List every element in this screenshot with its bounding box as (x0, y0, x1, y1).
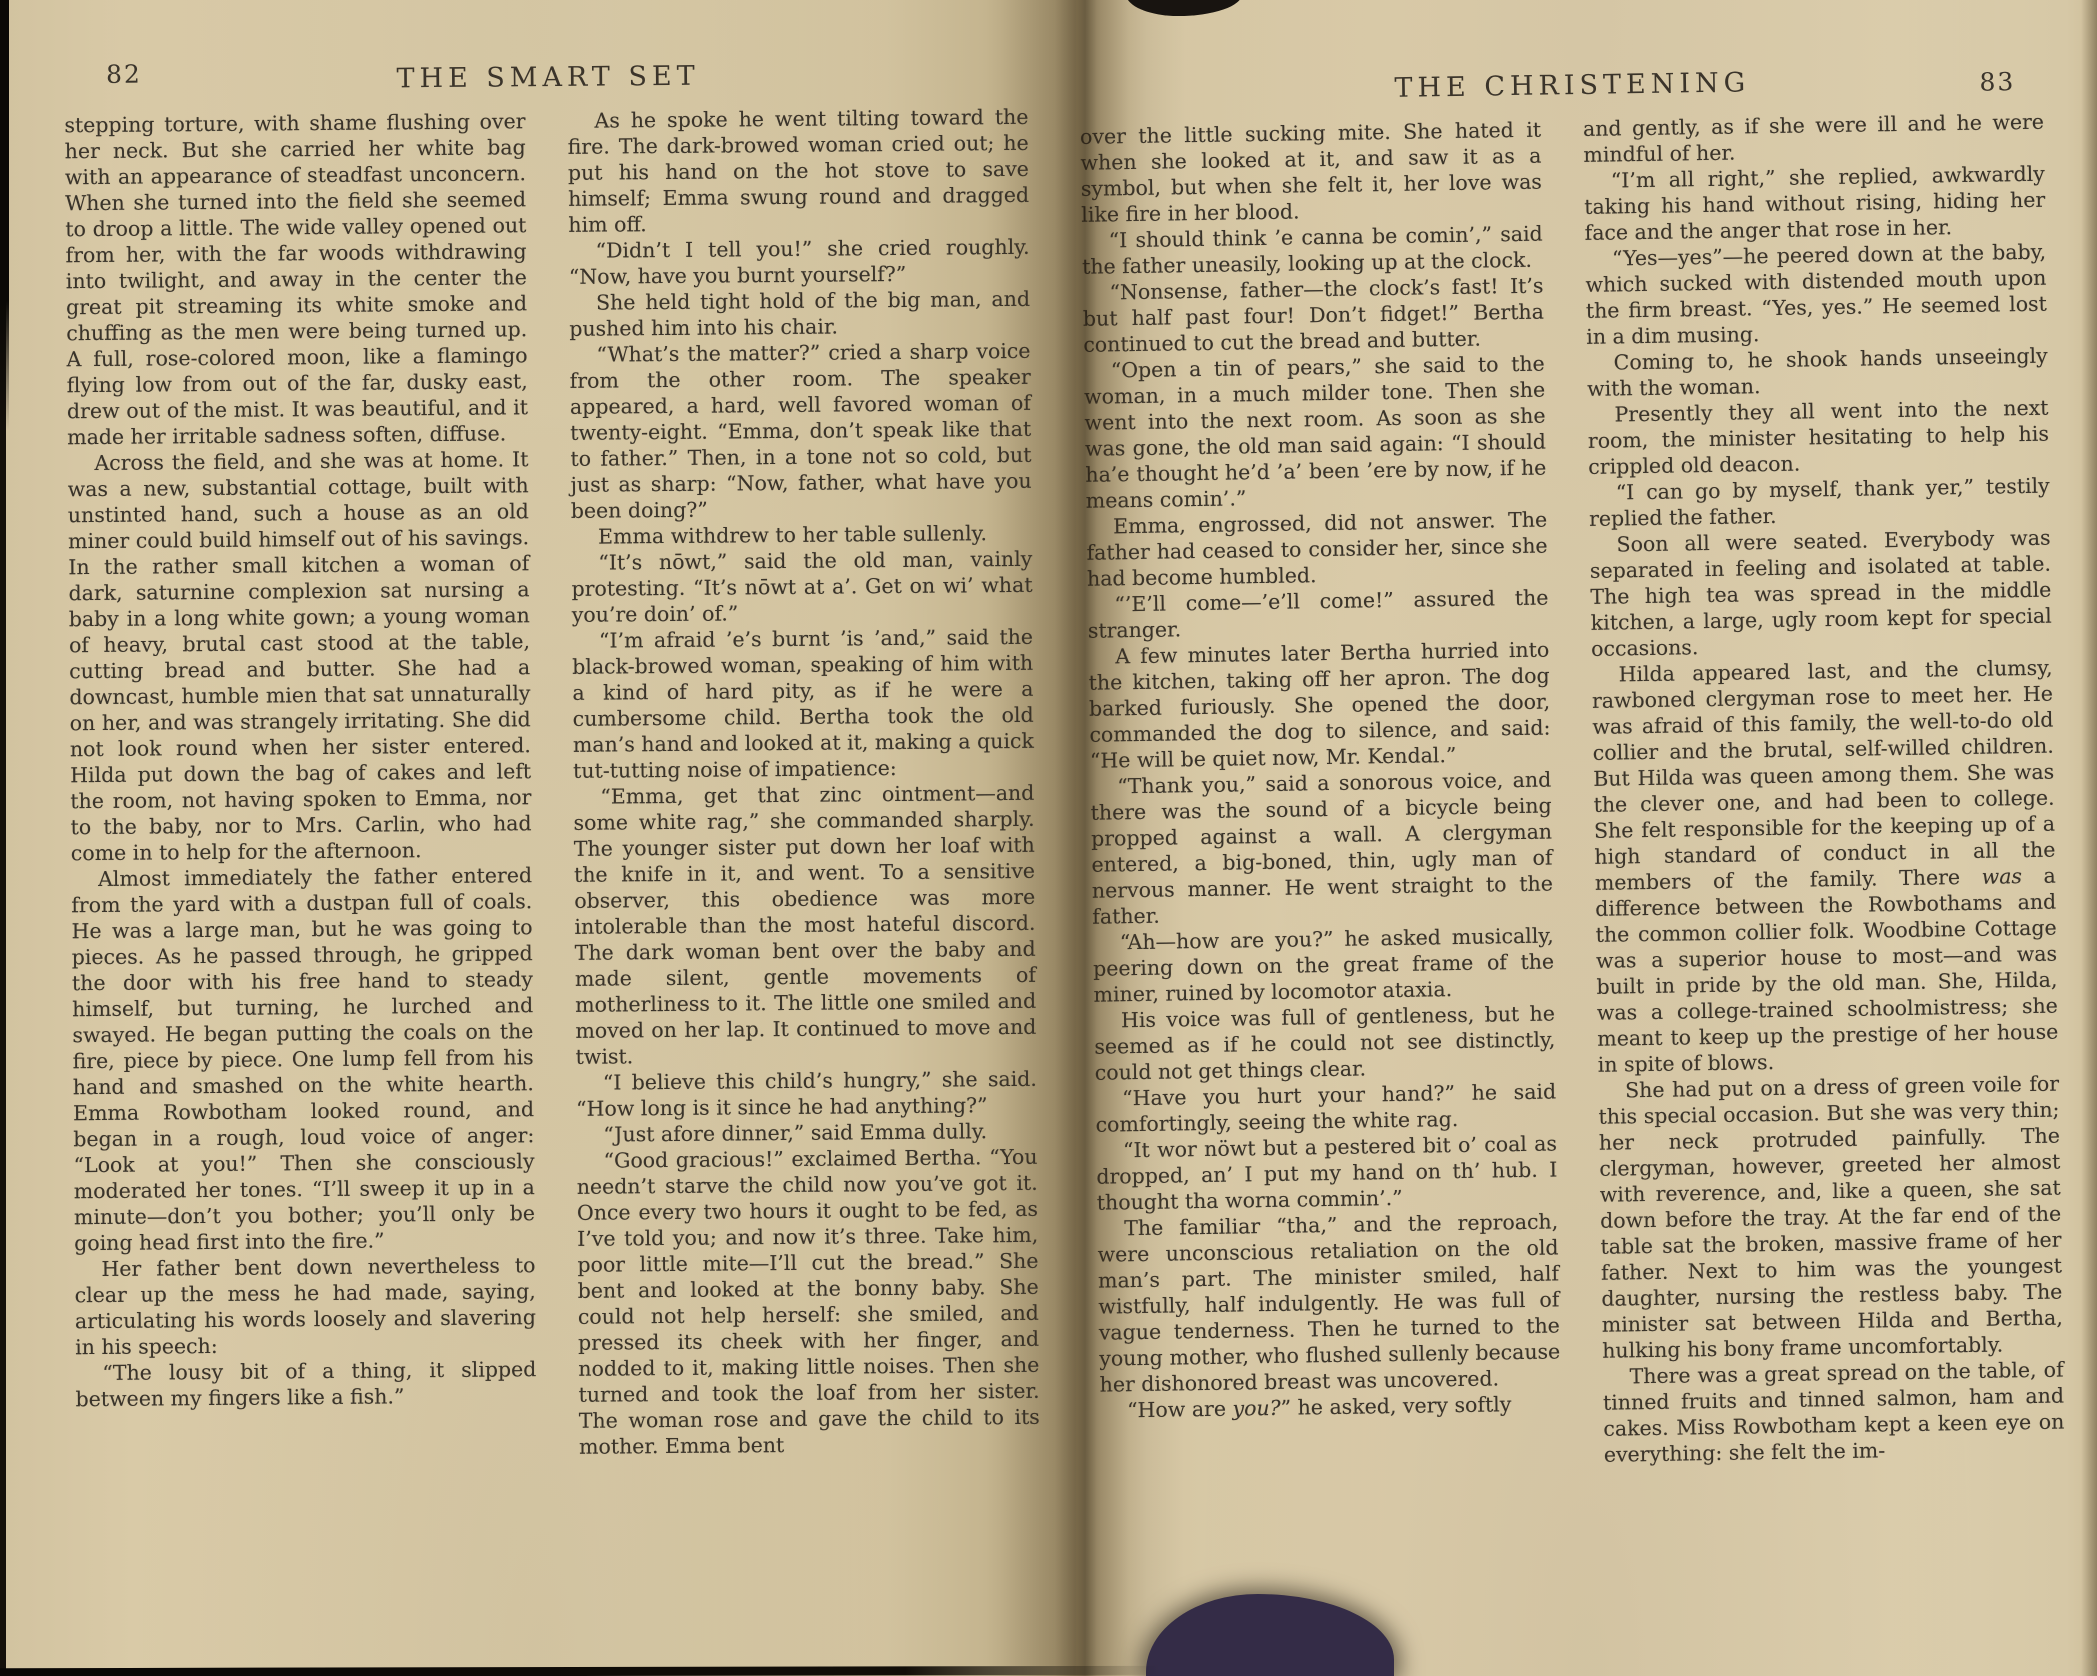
paragraph: “Didn’t I tell you!” she cried roughly. … (568, 234, 1029, 290)
paragraph: She held tight hold of the big man, and … (569, 286, 1030, 342)
paragraph: “’E’ll come—’e’ll come!” assured the str… (1087, 585, 1549, 644)
paragraph: “Thank you,” said a sonorous voice, and … (1090, 767, 1553, 930)
paragraph: Emma, engrossed, did not answer. The fat… (1086, 507, 1548, 592)
paragraph: “Just afore dinner,” said Emma dully. (576, 1118, 1037, 1148)
paragraph: The familiar “tha,” and the reproach, we… (1097, 1208, 1561, 1397)
paragraph: “I’m all right,” she replied, awkwardly … (1584, 161, 2046, 246)
paragraph: Hilda appeared last, and the clumsy, raw… (1591, 655, 2058, 1078)
page-number: 83 (1979, 67, 2015, 97)
paragraph: “Yes—yes”—he peered down at the baby, wh… (1585, 239, 2048, 350)
text-column: over the little sucking mite. She hated … (1080, 117, 1562, 1476)
paragraph: “It’s nōwt,” said the old man, vainly pr… (571, 546, 1033, 628)
paragraph: “Emma, get that zinc ointment—and some w… (573, 780, 1036, 1070)
paragraph: “Ah—how are you?” he asked musically, pe… (1093, 922, 1555, 1007)
paragraph: Soon all were seated. Everybody was sepa… (1589, 525, 2052, 662)
text-column: As he spoke he went tilting toward the f… (567, 104, 1040, 1460)
paragraph: His voice was full of gentleness, but he… (1094, 1000, 1556, 1085)
right-page-content: THE CHRISTENING 83 over the little sucki… (1079, 54, 2087, 1475)
right-page-columns: over the little sucking mite. She hated … (1080, 108, 2087, 1475)
paragraph: “Open a tin of pears,” she said to the w… (1084, 351, 1547, 514)
photo-edge-bottom (0, 1666, 1160, 1676)
text-column: and gently, as if she were ill and he we… (1583, 109, 2065, 1468)
right-page: THE CHRISTENING 83 over the little sucki… (1076, 0, 2097, 1676)
left-page-header: 82 THE SMART SET (64, 50, 1032, 108)
paragraph: “Good gracious!” exclaimed Bertha. “You … (576, 1144, 1040, 1460)
paragraph: “The lousy bit of a thing, it slipped be… (75, 1356, 536, 1412)
paragraph: stepping torture, with shame flushing ov… (64, 108, 528, 450)
paragraph: Coming to, he shook hands unseeingly wit… (1586, 343, 2048, 402)
paragraph: Her father bent down nevertheless to cle… (74, 1252, 536, 1360)
photo-edge-left (0, 0, 9, 430)
left-page-columns: stepping torture, with shame flushing ov… (64, 104, 1044, 1464)
paragraph: There was a great spread on the table, o… (1602, 1357, 2065, 1468)
paragraph: Presently they all went into the next ro… (1587, 395, 2049, 480)
left-page: 82 THE SMART SET stepping torture, with … (6, 0, 1076, 1676)
paragraph: “I can go by myself, thank yer,” testily… (1589, 473, 2051, 532)
paragraph: over the little sucking mite. She hated … (1080, 117, 1543, 228)
paragraph: “Have you hurt your hand?” he said comfo… (1095, 1078, 1557, 1137)
running-head: THE CHRISTENING (1079, 62, 2065, 108)
paragraph: As he spoke he went tilting toward the f… (567, 104, 1029, 238)
scanned-book-spread: { "left_page": { "page_number": "82", "r… (0, 0, 2097, 1676)
text-column: stepping torture, with shame flushing ov… (64, 108, 537, 1464)
paragraph: She had put on a dress of green voile fo… (1598, 1071, 2063, 1364)
paragraph: and gently, as if she were ill and he we… (1583, 109, 2045, 168)
paragraph: “I’m afraid ’e’s burnt ’is ’and,” said t… (572, 624, 1034, 784)
paragraph: “It wor nöwt but a pestered bit o’ coal … (1096, 1130, 1558, 1215)
paragraph: Emma withdrew to her table sullenly. (571, 520, 1032, 550)
paragraph: “I believe this child’s hungry,” she sai… (576, 1066, 1037, 1122)
running-head: THE SMART SET (64, 58, 1032, 97)
paragraph: “Nonsense, father—the clock’s fast! It’s… (1082, 273, 1544, 358)
paragraph: A few minutes later Bertha hurried into … (1088, 637, 1551, 774)
paragraph: Almost immediately the father entered fr… (71, 862, 535, 1256)
paragraph: “I should think ’e canna be comin’,” sai… (1082, 221, 1544, 280)
paragraph: “What’s the matter?” cried a sharp voice… (569, 338, 1032, 524)
paragraph: Across the field, and she was at home. I… (67, 446, 532, 866)
left-page-content: 82 THE SMART SET stepping torture, with … (64, 50, 1044, 1464)
